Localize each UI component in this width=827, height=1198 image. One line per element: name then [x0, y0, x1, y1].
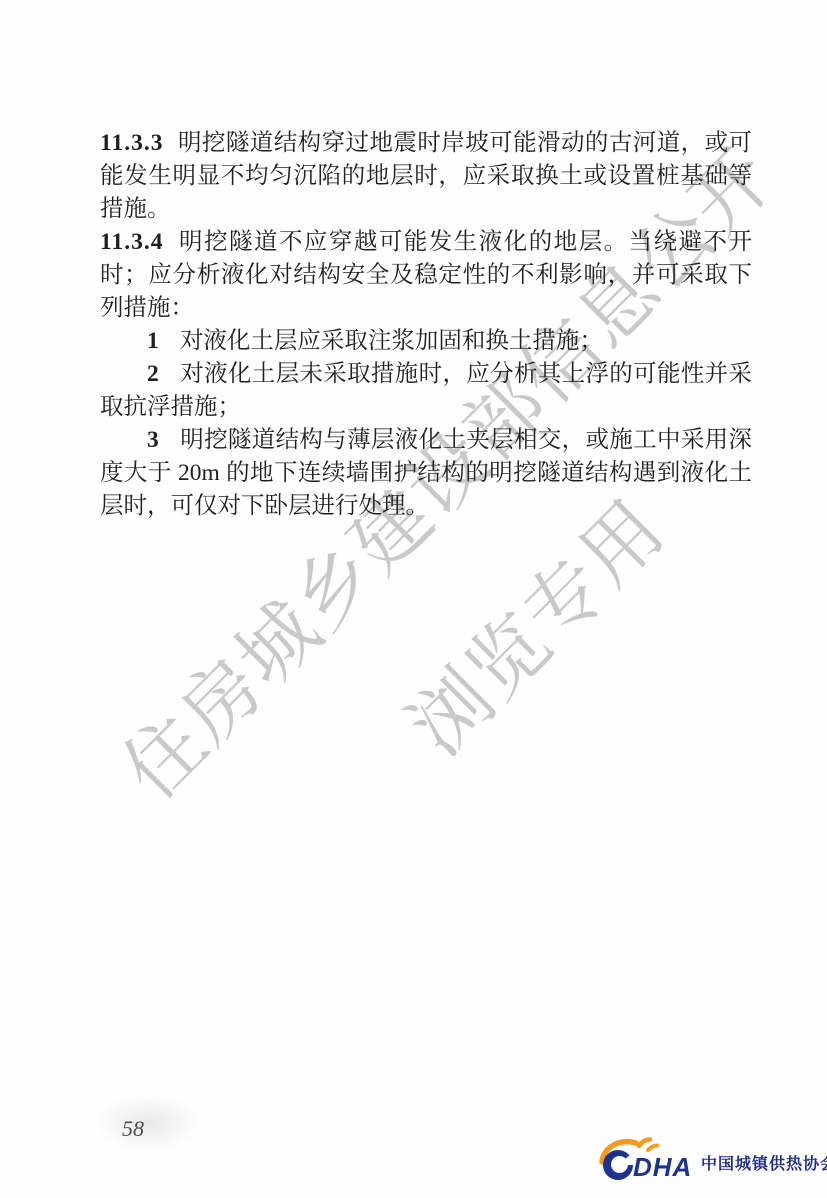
page-number: 58	[122, 1116, 144, 1142]
clause-number: 11.3.4	[100, 229, 163, 255]
clause-11-3-4: 11.3.4明挖隧道不应穿越可能发生液化的地层。当绕避不开时；应分析液化对结构安…	[100, 226, 752, 325]
document-page: 住房城乡建设部信息公开 浏览专用 11.3.3明挖隧道结构穿过地震时岸坡可能滑动…	[0, 0, 827, 1198]
clause-text: 明挖隧道不应穿越可能发生液化的地层。当绕避不开时；应分析液化对结构安全及稳定性的…	[100, 229, 752, 321]
list-item-1: 1对液化土层应采取注浆加固和换土措施；	[100, 325, 752, 358]
cdha-logo-icon: DHA	[596, 1135, 696, 1183]
logo-acronym: DHA	[633, 1152, 692, 1182]
item-text: 对液化土层未采取措施时，应分析其上浮的可能性并采取抗浮措施；	[100, 361, 752, 420]
item-number: 1	[147, 328, 159, 354]
item-text: 明挖隧道结构与薄层液化土夹层相交，或施工中采用深度大于 20m 的地下连续墙围护…	[100, 427, 752, 519]
item-number: 2	[147, 361, 159, 387]
logo-association-name: 中国城镇供热协会	[701, 1145, 827, 1174]
clause-11-3-3: 11.3.3明挖隧道结构穿过地震时岸坡可能滑动的古河道，或可能发生明显不均匀沉陷…	[100, 127, 752, 226]
item-text: 对液化土层应采取注浆加固和换土措施；	[180, 328, 603, 354]
item-number: 3	[147, 427, 159, 453]
clause-text: 明挖隧道结构穿过地震时岸坡可能滑动的古河道，或可能发生明显不均匀沉陷的地层时，应…	[100, 130, 752, 222]
scan-smudge	[96, 1094, 200, 1152]
list-item-2: 2对液化土层未采取措施时，应分析其上浮的可能性并采取抗浮措施；	[100, 358, 752, 424]
clause-number: 11.3.3	[100, 130, 163, 156]
document-body: 11.3.3明挖隧道结构穿过地震时岸坡可能滑动的古河道，或可能发生明显不均匀沉陷…	[100, 127, 752, 523]
list-item-3: 3明挖隧道结构与薄层液化土夹层相交，或施工中采用深度大于 20m 的地下连续墙围…	[100, 424, 752, 523]
association-logo: DHA 中国城镇供热协会	[596, 1134, 827, 1184]
